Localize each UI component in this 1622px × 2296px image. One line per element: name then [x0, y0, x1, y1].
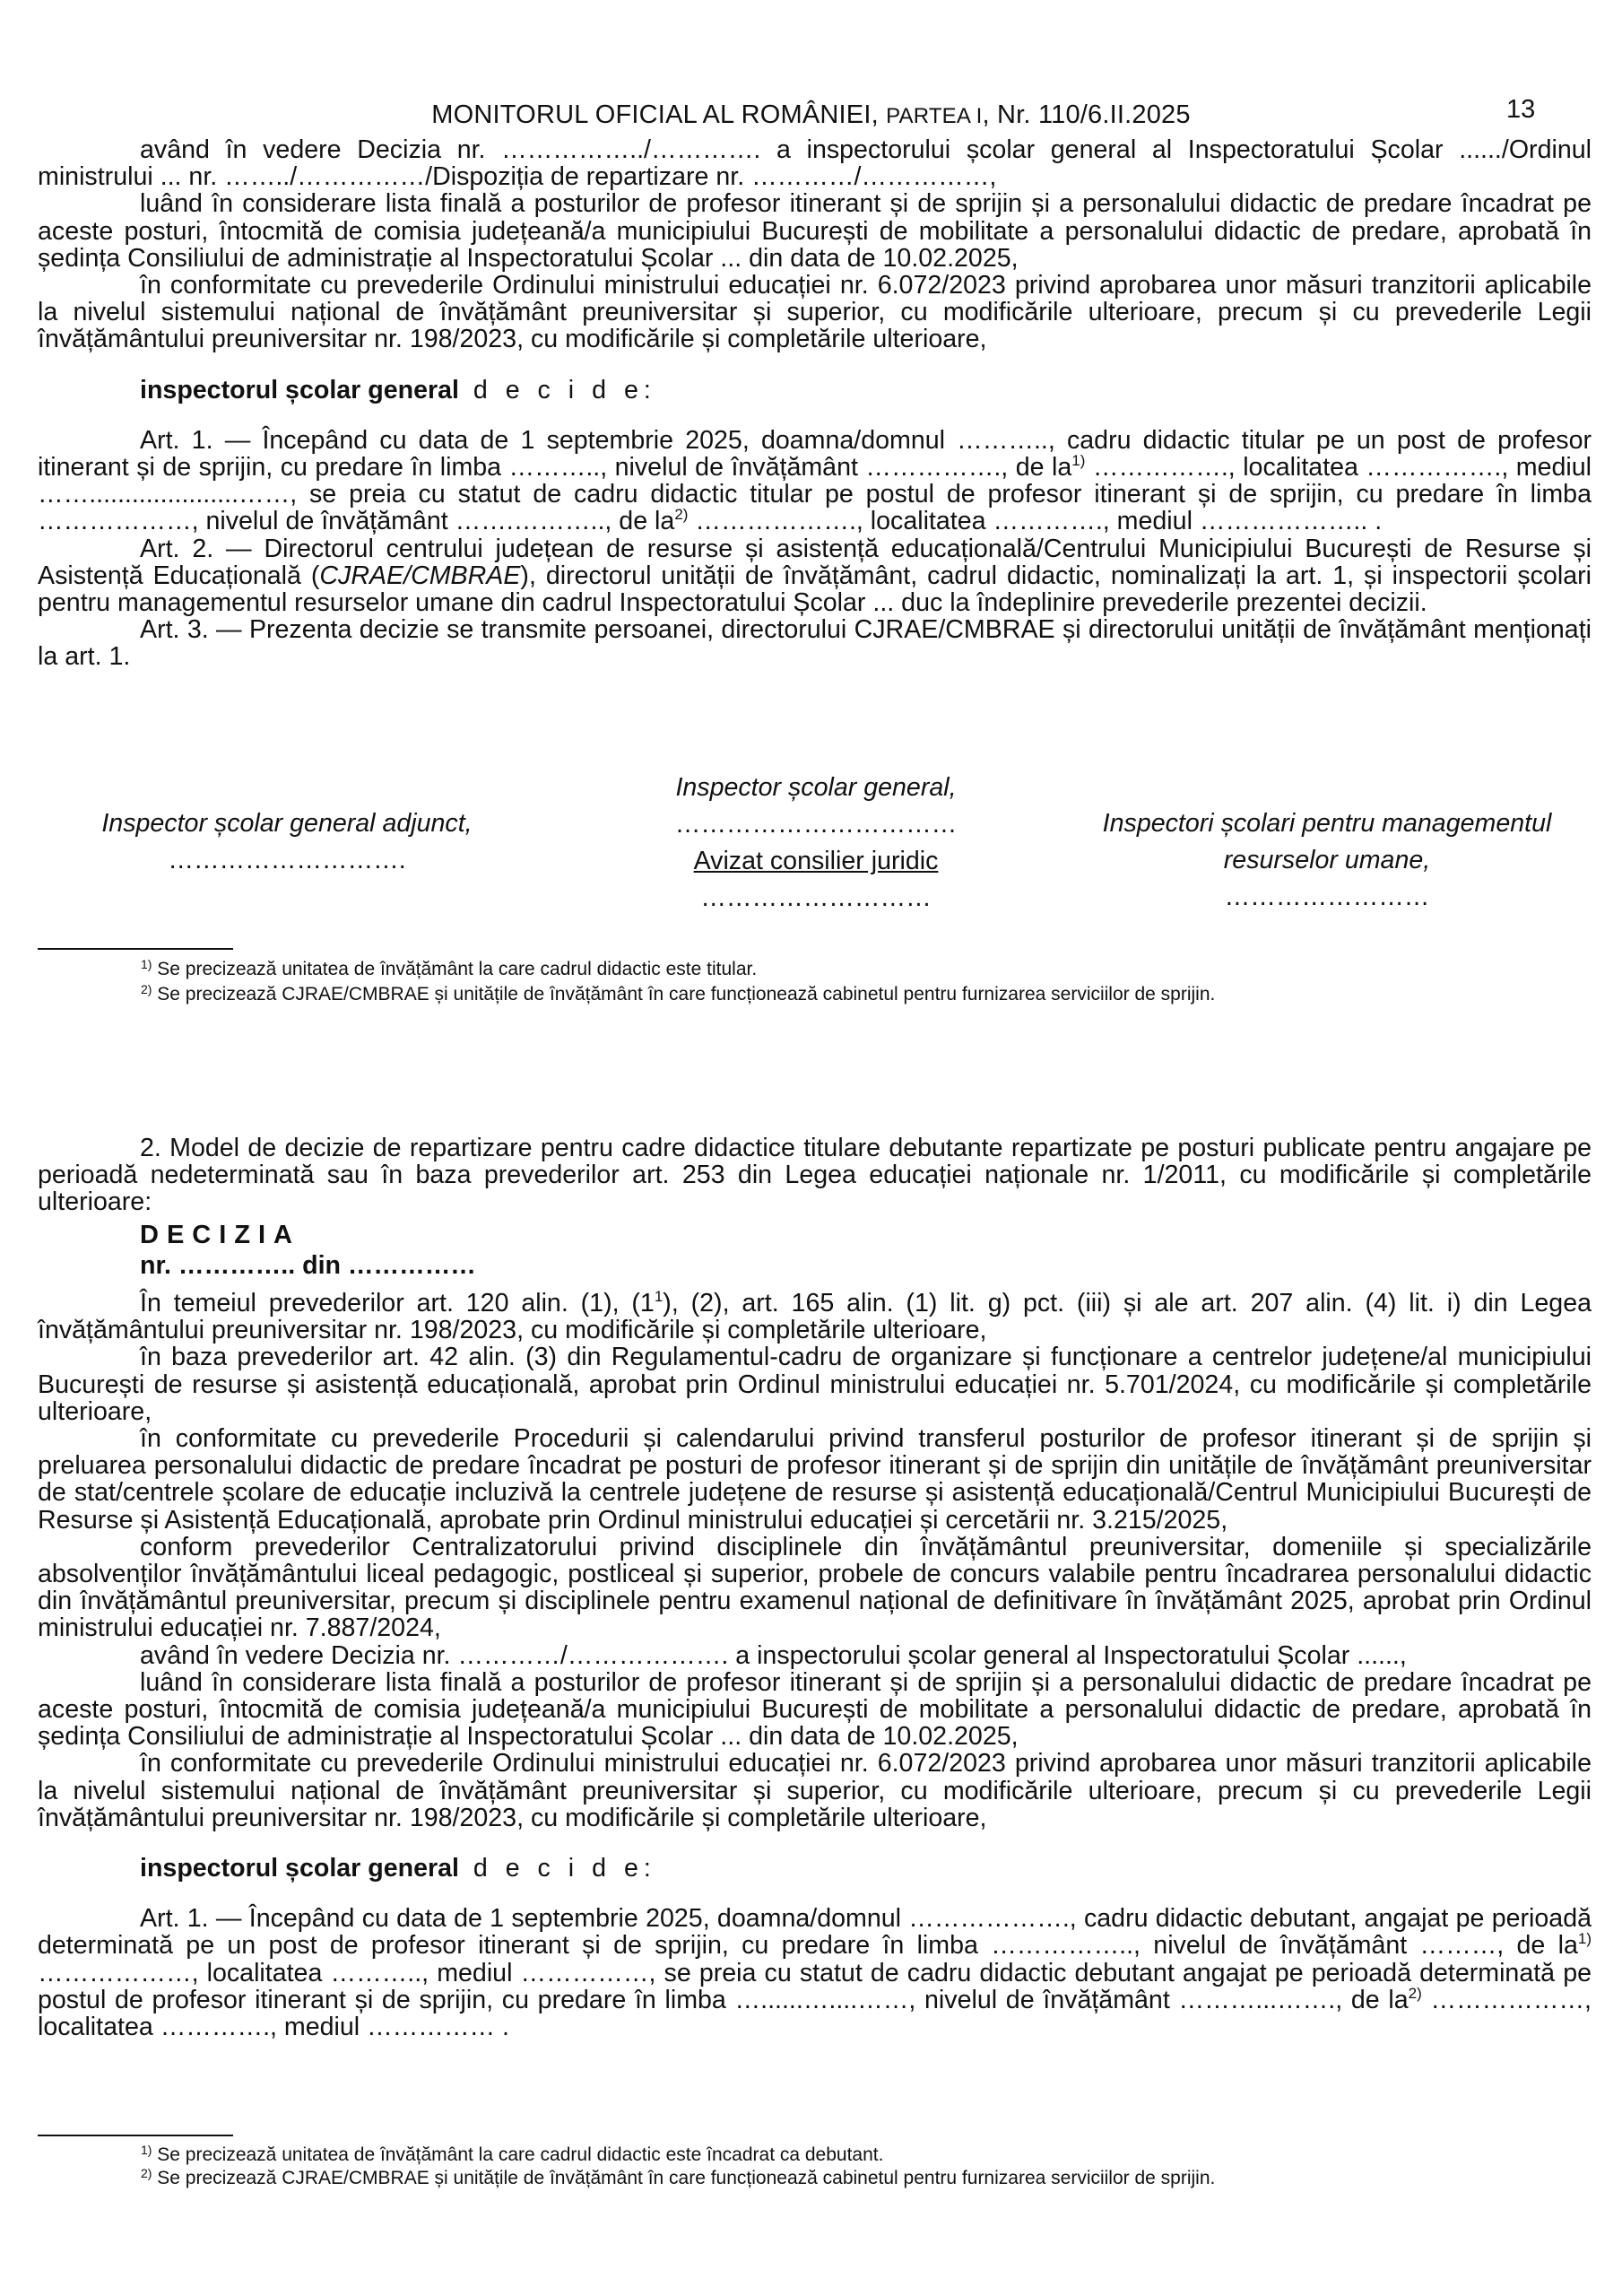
section2-intro: 2. Model de decizie de repartizare pentr…	[38, 1135, 1592, 1216]
s2-footnote-1-mark: 1)	[141, 2143, 152, 2157]
footnote-2-mark: 2)	[141, 982, 152, 996]
footnote-divider-2	[38, 2135, 233, 2136]
header-issue: , Nr. 110/6.II.2025	[983, 100, 1191, 129]
s2-footnote-1-text: Se precizează unitatea de învățământ la …	[152, 2144, 883, 2165]
s2-footnote-ref-2: 2)	[1409, 1985, 1422, 2002]
signature-hr-inspectors: Inspectori școlari pentru managementul r…	[1076, 805, 1578, 916]
paragraph-temei: În temeiul prevederilor art. 120 alin. (…	[38, 1290, 1592, 1344]
paragraph-temei-sup: 1	[655, 1288, 663, 1305]
section2-body: 2. Model de decizie de repartizare pentr…	[38, 1135, 1592, 2040]
legal-advisor-label: Avizat consilier juridic	[694, 847, 939, 875]
decision-title: DECIZIA	[140, 1221, 300, 1249]
paragraph-avand: având în vedere Decizia nr. …………/……………….…	[38, 1642, 1592, 1669]
page-header: MONITORUL OFICIAL AL ROMÂNIEI, PARTEA I,…	[0, 100, 1622, 130]
signature-general: Inspector școlar general, …………………………… Av…	[592, 770, 1040, 917]
section2-article-1: Art. 1. — Începând cu data de 1 septembr…	[38, 1905, 1592, 2040]
paragraph-regulament: în baza prevederilor art. 42 alin. (3) d…	[38, 1344, 1592, 1425]
decides-subject: inspectorul școlar general	[140, 376, 459, 404]
article-3: Art. 3. — Prezenta decizie se transmite …	[38, 616, 1592, 670]
footnote-2: 2) Se precizează CJRAE/CMBRAE și unități…	[141, 981, 1215, 1008]
s2-article-1-text-a: Art. 1. — Începând cu data de 1 septembr…	[38, 1904, 1592, 1960]
article-1-text-c: ………………., localitatea …………., mediul ………………	[688, 507, 1382, 535]
s2-footnote-2-text: Se precizează CJRAE/CMBRAE și unitățile …	[152, 2168, 1215, 2188]
footnote-ref-1: 1)	[1071, 452, 1085, 469]
decides-subject: inspectorul școlar general	[140, 1854, 459, 1883]
paragraph-luand: luând în considerare lista finală a post…	[38, 1669, 1592, 1751]
footnote-1-text: Se precizează unitatea de învățământ la …	[152, 959, 757, 979]
paragraph-conformitate: în conformitate cu prevederile Ordinului…	[38, 1750, 1592, 1831]
header-part: PARTEA I	[886, 104, 982, 128]
footnote-1: 1) Se precizează unitatea de învățământ …	[141, 956, 757, 983]
decides-line: inspectorul școlar general d e c i d e:	[38, 377, 1592, 404]
signature-general-title: Inspector școlar general,	[592, 770, 1040, 806]
footnote-ref-2: 2)	[674, 506, 688, 523]
s2-footnote-ref-1: 1)	[1578, 1930, 1592, 1947]
decision-number: nr. ………….. din ……………	[38, 1252, 1592, 1279]
paragraph-procedura: în conformitate cu prevederile Proceduri…	[38, 1425, 1592, 1534]
decides-line-2: inspectorul școlar general d e c i d e:	[38, 1855, 1592, 1882]
header-title: MONITORUL OFICIAL AL ROMÂNIEI,	[431, 100, 886, 129]
signature-hr-dots: ……………………	[1076, 879, 1578, 916]
article-2-abbrev: CJRAE/CMBRAE	[319, 561, 520, 590]
signature-general-dots: ……………………………	[592, 806, 1040, 843]
section1-body: având în vedere Decizia nr. ……………../……………	[38, 136, 1592, 671]
paragraph-centralizator: conform prevederilor Centralizatorului p…	[38, 1534, 1592, 1642]
signature-deputy: Inspector școlar general adjunct, …………………	[54, 805, 520, 879]
page-number: 13	[1506, 95, 1535, 125]
footnote-divider	[38, 948, 233, 950]
paragraph-avand: având în vedere Decizia nr. ……………../……………	[38, 136, 1592, 190]
signature-deputy-dots: ……………………….	[54, 842, 520, 879]
s2-article-1-text-b: ………………, localitatea ……….., mediul ……………,…	[38, 1959, 1592, 2014]
signature-hr-title-1: Inspectori școlari pentru managementul	[1076, 805, 1578, 842]
legal-advisor-dots: ………………………	[592, 880, 1040, 917]
paragraph-temei-a: În temeiul prevederilor art. 120 alin. (…	[140, 1289, 655, 1318]
signature-hr-title-2: resurselor umane,	[1076, 842, 1578, 879]
s2-footnote-2-mark: 2)	[141, 2166, 152, 2180]
decides-verb: d e c i d e:	[473, 1854, 656, 1883]
article-2: Art. 2. — Directorul centrului județean …	[38, 535, 1592, 617]
paragraph-luand: luând în considerare lista finală a post…	[38, 190, 1592, 272]
footnote-2-text: Se precizează CJRAE/CMBRAE și unitățile …	[152, 984, 1215, 1004]
footnote-1-mark: 1)	[141, 957, 152, 971]
paragraph-conformitate: în conformitate cu prevederile Ordinului…	[38, 272, 1592, 353]
decides-verb: d e c i d e:	[473, 376, 656, 404]
article-1: Art. 1. — Începând cu data de 1 septembr…	[38, 427, 1592, 535]
s2-footnote-2: 2) Se precizează CJRAE/CMBRAE și unități…	[141, 2165, 1215, 2192]
signature-deputy-title: Inspector școlar general adjunct,	[54, 805, 520, 842]
